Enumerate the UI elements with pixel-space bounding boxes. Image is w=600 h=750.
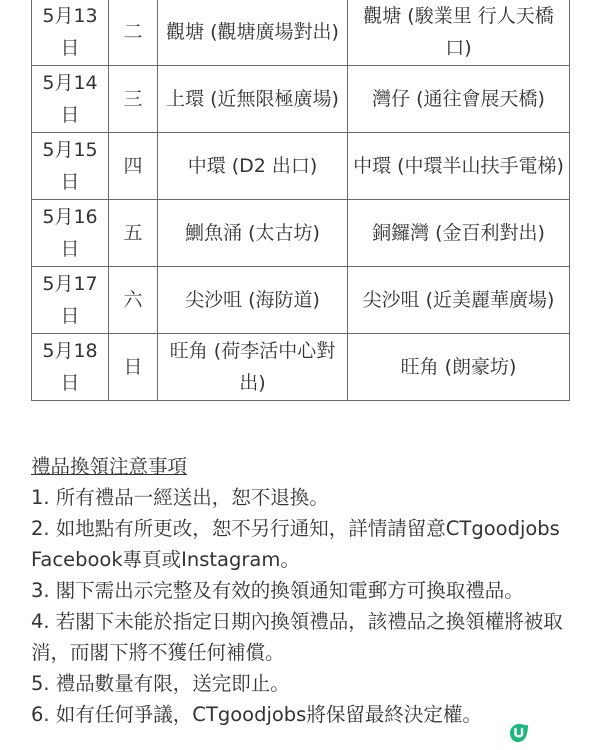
table-row: 5月17日 六 尖沙咀 (海防道) 尖沙咀 (近美麗華廣場) <box>32 267 570 334</box>
table-row: 5月18日 日 旺角 (荷李活中心對出) 旺角 (朗豪坊) <box>32 334 570 401</box>
location1-cell: 上環 (近無限極廣場) <box>158 66 348 133</box>
location2-cell: 尖沙咀 (近美麗華廣場) <box>348 267 570 334</box>
location1-cell: 中環 (D2 出口) <box>158 133 348 200</box>
location2-cell: 灣仔 (通往會展天橋) <box>348 66 570 133</box>
location2-cell: 旺角 (朗豪坊) <box>348 334 570 401</box>
u-leaf-logo-icon <box>509 723 529 743</box>
notes-heading: 禮品換領注意事項 <box>31 451 576 482</box>
date-cell: 5月15日 <box>32 133 109 200</box>
location1-cell: 旺角 (荷李活中心對出) <box>158 334 348 401</box>
weekday-cell: 二 <box>109 0 158 66</box>
note-item: 5. 禮品數量有限，送完即止。 <box>31 668 576 699</box>
table-row: 5月15日 四 中環 (D2 出口) 中環 (中環半山扶手電梯) <box>32 133 570 200</box>
location1-cell: 觀塘 (觀塘廣場對出) <box>158 0 348 66</box>
date-cell: 5月16日 <box>32 200 109 267</box>
weekday-cell: 日 <box>109 334 158 401</box>
location2-cell: 中環 (中環半山扶手電梯) <box>348 133 570 200</box>
date-cell: 5月17日 <box>32 267 109 334</box>
note-item: 2. 如地點有所更改，恕不另行通知，詳情請留意CTgoodjobs Facebo… <box>31 513 576 575</box>
note-item: 3. 閣下需出示完整及有效的換領通知電郵方可換取禮品。 <box>31 575 576 606</box>
table-row: 5月16日 五 鰂魚涌 (太古坊) 銅鑼灣 (金百利對出) <box>32 200 570 267</box>
note-item: 1. 所有禮品一經送出，恕不退換。 <box>31 482 576 513</box>
note-item: 6. 如有任何爭議，CTgoodjobs將保留最終決定權。 <box>31 699 576 730</box>
weekday-cell: 五 <box>109 200 158 267</box>
note-item: 4. 若閣下未能於指定日期內換領禮品，該禮品之換領權將被取消，而閣下將不獲任何補… <box>31 606 576 668</box>
weekday-cell: 六 <box>109 267 158 334</box>
table-row: 5月13日 二 觀塘 (觀塘廣場對出) 觀塘 (駿業里 行人天橋口) <box>32 0 570 66</box>
weekday-cell: 三 <box>109 66 158 133</box>
location2-cell: 觀塘 (駿業里 行人天橋口) <box>348 0 570 66</box>
date-cell: 5月13日 <box>32 0 109 66</box>
location1-cell: 鰂魚涌 (太古坊) <box>158 200 348 267</box>
redemption-notes: 禮品換領注意事項 1. 所有禮品一經送出，恕不退換。 2. 如地點有所更改，恕不… <box>31 451 576 730</box>
location1-cell: 尖沙咀 (海防道) <box>158 267 348 334</box>
table-row: 5月14日 三 上環 (近無限極廣場) 灣仔 (通往會展天橋) <box>32 66 570 133</box>
date-cell: 5月18日 <box>32 334 109 401</box>
location2-cell: 銅鑼灣 (金百利對出) <box>348 200 570 267</box>
schedule-table: 5月13日 二 觀塘 (觀塘廣場對出) 觀塘 (駿業里 行人天橋口) 5月14日… <box>31 0 570 401</box>
date-cell: 5月14日 <box>32 66 109 133</box>
weekday-cell: 四 <box>109 133 158 200</box>
